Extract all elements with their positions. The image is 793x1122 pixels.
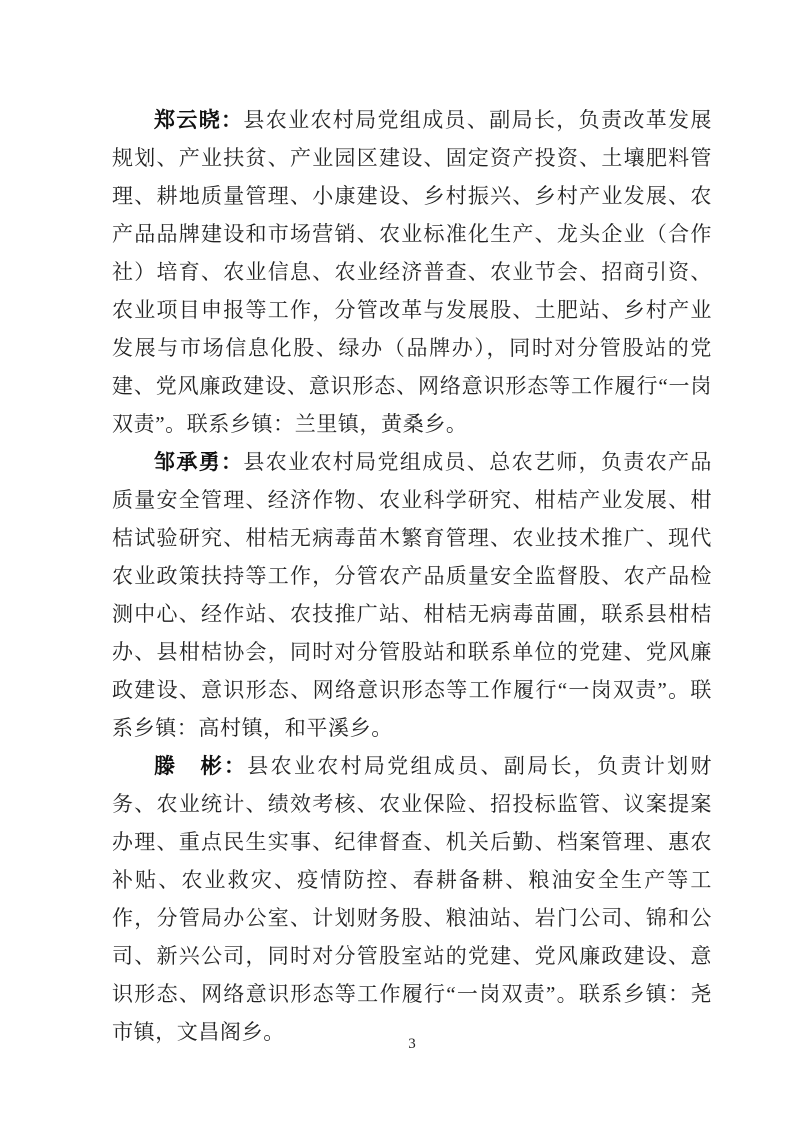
duty-paragraph-tengbin: 滕 彬：县农业农村局党组成员、副局长，负责计划财务、农业统计、绩效考核、农业保险… xyxy=(112,747,712,1051)
duty-paragraph-zhengyunxiao: 郑云晓：县农业农村局党组成员、副局长，负责改革发展规划、产业扶贫、产业园区建设、… xyxy=(112,101,712,443)
official-name: 邹承勇： xyxy=(154,450,243,474)
duty-text: 县农业农村局党组成员、副局长，负责改革发展规划、产业扶贫、产业园区建设、固定资产… xyxy=(112,108,712,436)
duty-paragraph-zouchengyong: 邹承勇：县农业农村局党组成员、总农艺师，负责农产品质量安全管理、经济作物、农业科… xyxy=(112,443,712,747)
document-body: 郑云晓：县农业农村局党组成员、副局长，负责改革发展规划、产业扶贫、产业园区建设、… xyxy=(112,101,712,1051)
document-page: 郑云晓：县农业农村局党组成员、副局长，负责改革发展规划、产业扶贫、产业园区建设、… xyxy=(0,0,793,1122)
official-name: 滕 彬： xyxy=(154,754,247,778)
duty-text: 县农业农村局党组成员、总农艺师，负责农产品质量安全管理、经济作物、农业科学研究、… xyxy=(112,450,712,740)
duty-text: 县农业农村局党组成员、副局长，负责计划财务、农业统计、绩效考核、农业保险、招投标… xyxy=(112,754,712,1044)
page-number: 3 xyxy=(112,1033,712,1055)
official-name: 郑云晓： xyxy=(154,108,243,132)
